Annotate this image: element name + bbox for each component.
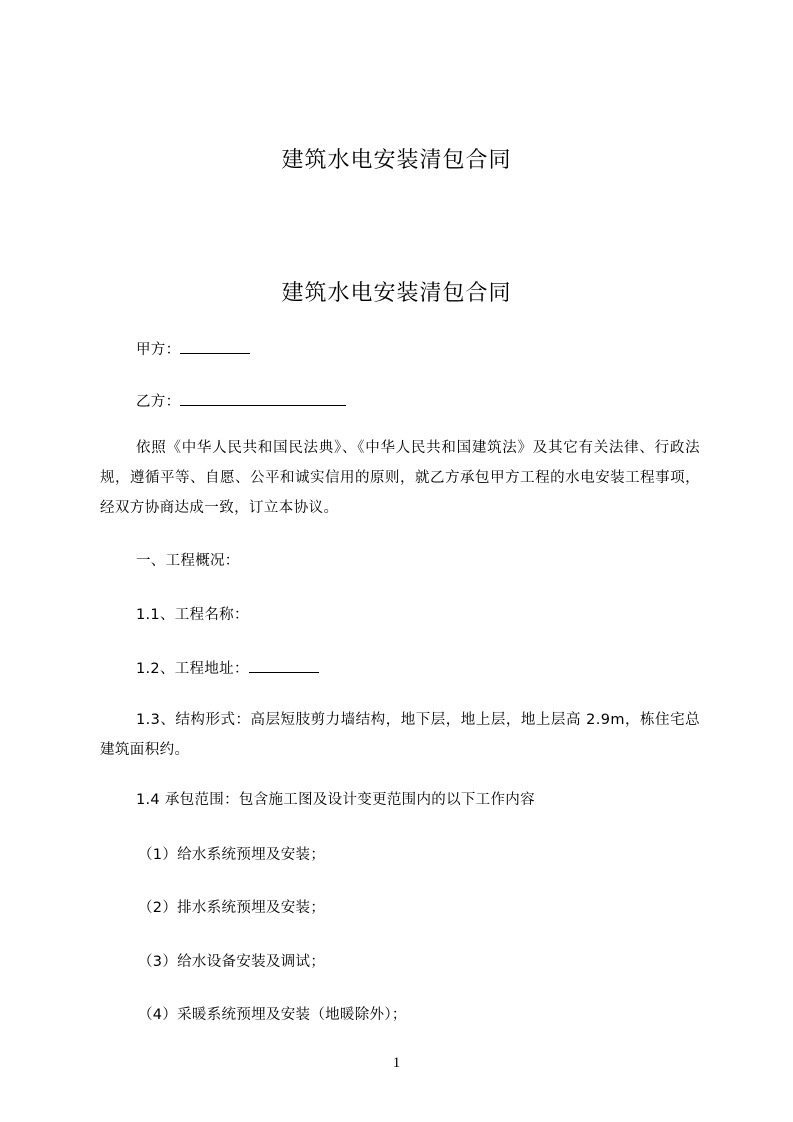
party-a-label: 甲方： xyxy=(136,342,180,358)
party-b-label: 乙方： xyxy=(136,394,180,410)
party-b-line: 乙方： xyxy=(136,390,346,411)
header-title: 建筑水电安装清包合同 xyxy=(0,143,793,174)
section-1-heading: 一、工程概况： xyxy=(136,549,240,570)
scope-item-2: （2）排水系统预埋及安装； xyxy=(138,896,325,917)
scope-item-1: （1）给水系统预埋及安装； xyxy=(138,843,325,864)
document-title: 建筑水电安装清包合同 xyxy=(0,276,793,307)
party-a-line: 甲方： xyxy=(136,338,250,359)
scope-item-3: （3）给水设备安装及调试； xyxy=(138,950,325,971)
page-number: 1 xyxy=(0,1055,793,1072)
item-1-1: 1.1、工程名称： xyxy=(136,603,249,624)
item-1-4: 1.4 承包范围：包含施工图及设计变更范围内的以下工作内容 xyxy=(136,788,535,809)
item-1-2-label: 1.2、工程地址： xyxy=(136,661,249,677)
preamble-paragraph: 依照《中华人民共和国民法典》、《中华人民共和国建筑法》及其它有关法律、行政法规，… xyxy=(100,433,700,523)
item-1-3-paragraph: 1.3、结构形式：高层短肢剪力墙结构，地下层，地上层，地上层高 2.9m，栋住宅… xyxy=(100,705,700,765)
party-b-blank[interactable] xyxy=(180,391,346,406)
party-a-blank[interactable] xyxy=(180,339,250,354)
scope-item-4: （4）采暖系统预埋及安装（地暖除外）； xyxy=(138,1003,407,1024)
item-1-2-line: 1.2、工程地址： xyxy=(136,657,319,678)
project-address-blank[interactable] xyxy=(249,658,319,673)
